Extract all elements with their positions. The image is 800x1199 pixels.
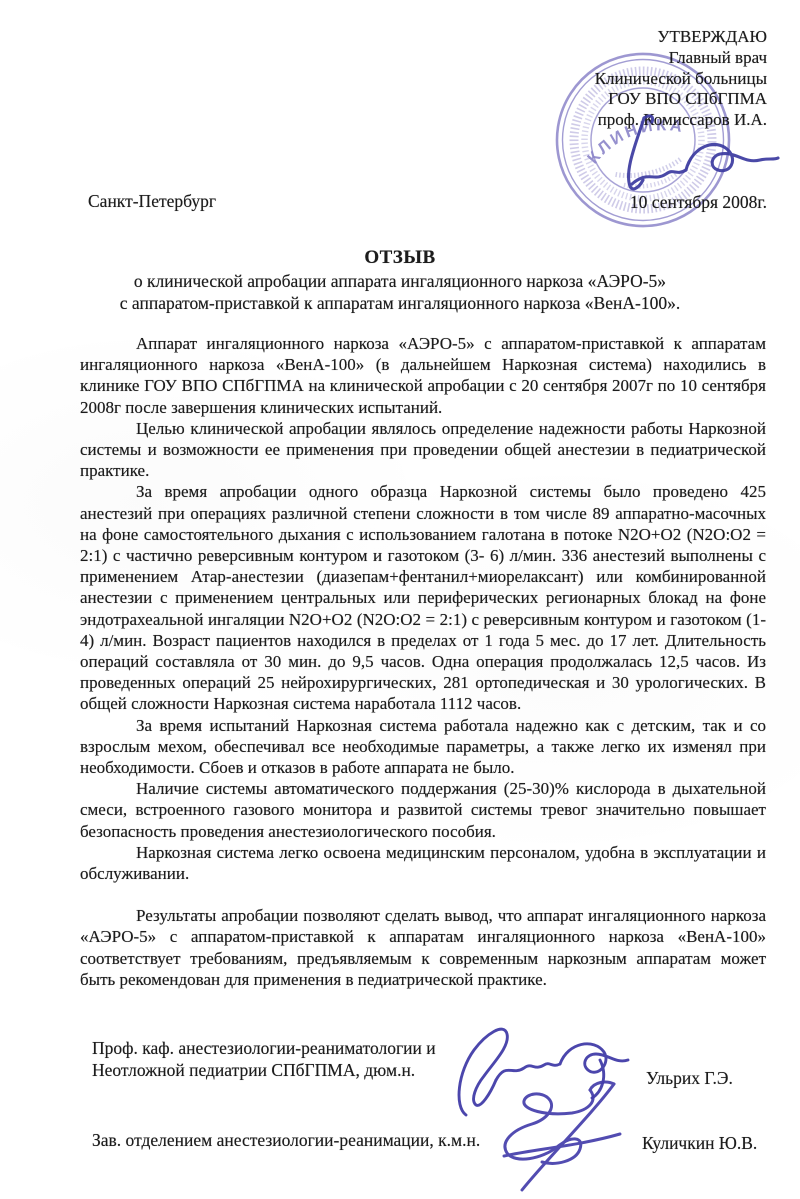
approval-line-position: Главный врач bbox=[595, 48, 767, 69]
scanned-document-page: УТВЕРЖДАЮ Главный врач Клинической больн… bbox=[0, 0, 800, 1199]
subtitle-line-2: с аппаратом-приставкой к аппаратам ингал… bbox=[0, 293, 800, 315]
paragraph-conclusion: Результаты апробации позволяют сделать в… bbox=[80, 905, 766, 990]
document-subtitle: о клинической апробации аппарата ингаляц… bbox=[0, 271, 800, 314]
signatory-2-role: Зав. отделением анестезиологии-реанимаци… bbox=[92, 1130, 480, 1152]
paragraph-apparatus-intro: Аппарат ингаляционного наркоза «АЭРО-5» … bbox=[80, 333, 766, 418]
approval-block: УТВЕРЖДАЮ Главный врач Клинической больн… bbox=[595, 27, 767, 131]
paragraph-statistics: За время апробации одного образца Наркоз… bbox=[80, 481, 766, 714]
stamp-microtext-line bbox=[615, 158, 683, 180]
paragraph-safety-systems: Наличие системы автоматического поддержа… bbox=[80, 778, 766, 842]
kulichkin-signature bbox=[492, 1076, 644, 1194]
approval-line-name: проф. Комиссаров И.А. bbox=[595, 110, 767, 131]
document-date: 10 сентября 2008г. bbox=[630, 192, 767, 213]
approval-line-hospital: Клинической больницы bbox=[595, 69, 767, 90]
signatory-1-role-line-1: Проф. каф. анестезиологии-реаниматологии… bbox=[92, 1038, 436, 1060]
paragraph-reliability: За время испытаний Наркозная система раб… bbox=[80, 715, 766, 779]
signatory-1-name: Ульрих Г.Э. bbox=[646, 1068, 733, 1089]
document-title: ОТЗЫВ bbox=[0, 247, 800, 269]
signatory-2-role-line-1: Зав. отделением анестезиологии-реанимаци… bbox=[92, 1130, 480, 1152]
signatory-1-role-line-2: Неотложной педиатрии СПбГПМА, дюм.н. bbox=[92, 1060, 436, 1082]
document-body: Аппарат ингаляционного наркоза «АЭРО-5» … bbox=[80, 333, 766, 990]
ulrich-signature bbox=[450, 1020, 640, 1122]
paragraph-usability: Наркозная система легко освоена медицинс… bbox=[80, 842, 766, 884]
approval-line-approve: УТВЕРЖДАЮ bbox=[595, 27, 767, 48]
approval-line-institution: ГОУ ВПО СПбГПМА bbox=[595, 89, 767, 110]
stamp-microtext-line-2 bbox=[624, 172, 680, 190]
paragraph-goal: Целью клинической апробации являлось опр… bbox=[80, 418, 766, 482]
subtitle-line-1: о клинической апробации аппарата ингаляц… bbox=[0, 271, 800, 293]
signatory-2-name: Куличкин Ю.В. bbox=[642, 1133, 757, 1154]
document-city: Санкт-Петербург bbox=[88, 191, 216, 212]
signatory-1-role: Проф. каф. анестезиологии-реаниматологии… bbox=[92, 1038, 436, 1081]
